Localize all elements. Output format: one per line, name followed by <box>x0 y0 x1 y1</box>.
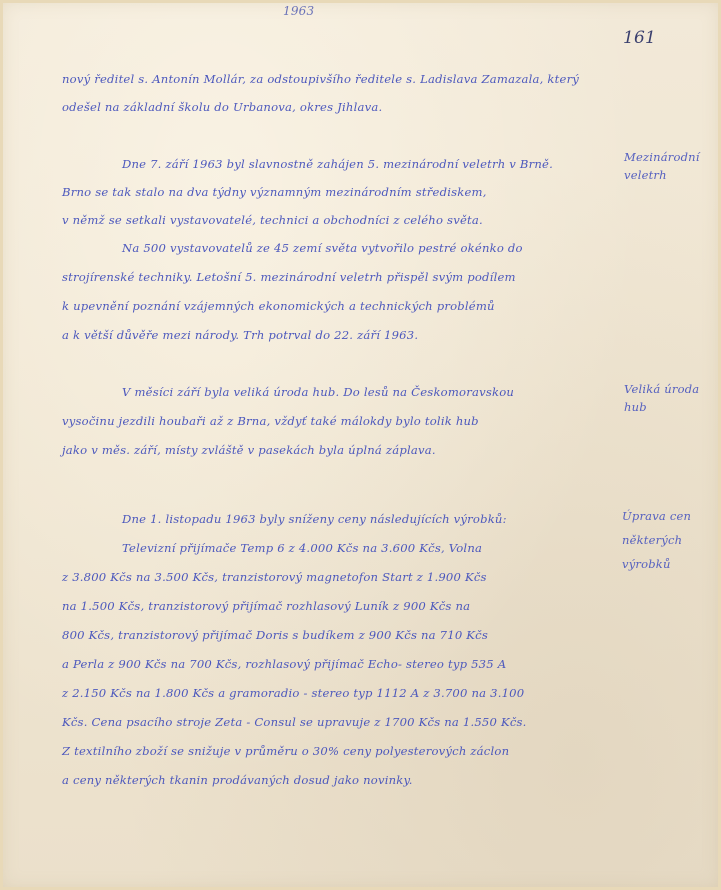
text-line: Brno se tak stalo na dva týdny významným… <box>62 185 487 199</box>
text-line: Dne 1. listopadu 1963 byly sníženy ceny … <box>122 512 507 526</box>
text-line: z 2.150 Kčs na 1.800 Kčs a gramoradio - … <box>62 686 524 700</box>
margin-note-line: hub <box>624 398 699 416</box>
chronicle-page: 1963 161 nový ředitel s. Antonín Mollár,… <box>0 0 721 890</box>
text-line: k upevnění poznání vzájemných ekonomický… <box>62 299 495 313</box>
text-line: a ceny některých tkanin prodávaných dosu… <box>62 773 413 787</box>
text-line: jako v měs. září, místy zvláště v paseká… <box>62 443 436 457</box>
text-line: Na 500 vystavovatelů ze 45 zemí světa vy… <box>122 241 523 255</box>
margin-note-line: výrobků <box>622 552 691 576</box>
page-number: 161 <box>623 28 656 48</box>
text-line: a k větší důvěře mezi národy. Trh potrva… <box>62 328 418 342</box>
margin-note-line: Veliká úroda <box>624 380 699 398</box>
margin-note-line: Mezinárodní <box>624 148 700 166</box>
margin-note-prices: Úprava cen některých výrobků <box>622 504 691 576</box>
text-line: na 1.500 Kčs, tranzistorový přijímač roz… <box>62 599 470 613</box>
text-line: Kčs. Cena psacího stroje Zeta - Consul s… <box>62 715 527 729</box>
text-line: z 3.800 Kčs na 3.500 Kčs, tranzistorový … <box>62 570 487 584</box>
margin-note-line: Úprava cen <box>622 504 691 528</box>
text-line: a Perla z 900 Kčs na 700 Kčs, rozhlasový… <box>62 657 506 671</box>
text-line: strojírenské techniky. Letošní 5. meziná… <box>62 270 516 284</box>
text-line: nový ředitel s. Antonín Mollár, za odsto… <box>62 72 579 86</box>
text-line: Z textilního zboží se snižuje v průměru … <box>62 744 509 758</box>
margin-note-trade-fair: Mezinárodní veletrh <box>624 148 700 184</box>
margin-note-mushrooms: Veliká úroda hub <box>624 380 699 416</box>
text-line: Televizní přijímače Temp 6 z 4.000 Kčs n… <box>122 541 482 555</box>
text-line: V měsíci září byla veliká úroda hub. Do … <box>122 385 514 399</box>
text-line: vysočinu jezdili houbaři až z Brna, vždy… <box>62 414 479 428</box>
text-line: odešel na základní školu do Urbanova, ok… <box>62 100 382 114</box>
text-line: v němž se setkali vystavovatelé, technic… <box>62 213 483 227</box>
margin-note-line: veletrh <box>624 166 700 184</box>
margin-note-line: některých <box>622 528 691 552</box>
text-line: Dne 7. září 1963 byl slavnostně zahájen … <box>122 157 553 171</box>
text-line: 800 Kčs, tranzistorový přijímač Doris s … <box>62 628 488 642</box>
year-header: 1963 <box>283 4 314 18</box>
